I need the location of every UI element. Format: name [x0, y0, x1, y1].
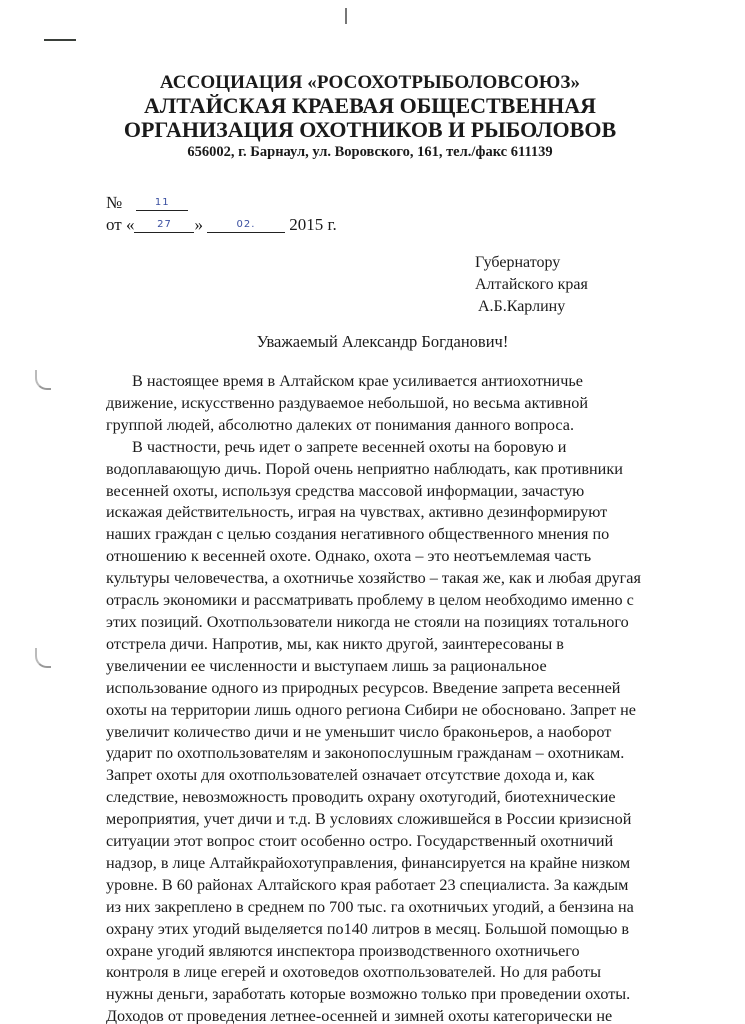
letter-body: В настоящее время в Алтайском крае усили…	[106, 371, 726, 1024]
body-line: наших граждан с целью создания негативно…	[106, 524, 726, 546]
body-line: контроля в лице егерей и охотоведов охот…	[106, 962, 726, 984]
body-line: надзор, в лице Алтайкрайохотуправления, …	[106, 853, 726, 875]
body-line: уровне. В 60 районах Алтайского края раб…	[106, 875, 726, 897]
scan-tick-mark	[345, 8, 347, 24]
body-line: Доходов от проведения летнее-осенней и з…	[106, 1006, 726, 1024]
body-line: культуры человечества, а охотничье хозяй…	[106, 568, 726, 590]
body-line: использование одного из природных ресурс…	[106, 678, 726, 700]
scan-dash-mark	[44, 39, 76, 41]
registration-block: №11 от «27»02. 2015 г.	[106, 192, 337, 236]
punch-hole-icon	[35, 648, 51, 668]
letterhead: АССОЦИАЦИЯ «РОСОХОТРЫБОЛОВСОЮЗ» АЛТАЙСКА…	[120, 72, 620, 162]
body-line: Запрет охоты для охотпользователей означ…	[106, 765, 726, 787]
body-line: В частности, речь идет о запрете весенне…	[106, 437, 726, 459]
scanned-letter-page: АССОЦИАЦИЯ «РОСОХОТРЫБОЛОВСОЮЗ» АЛТАЙСКА…	[0, 0, 745, 1024]
body-line: весенней охоты, используя средства массо…	[106, 481, 726, 503]
organization-name-line2: ОРГАНИЗАЦИЯ ОХОТНИКОВ И РЫБОЛОВОВ	[120, 118, 620, 142]
date-month-field: 02.	[207, 214, 285, 233]
body-line: мероприятия, учет дичи и т.д. В условиях…	[106, 809, 726, 831]
registration-number-row: №11	[106, 192, 337, 214]
association-name: АССОЦИАЦИЯ «РОСОХОТРЫБОЛОВСОЮЗ»	[120, 72, 620, 94]
addressee-block: Губернатору Алтайского края А.Б.Карлину	[475, 252, 588, 318]
body-line: водоплавающую дичь. Порой очень неприятн…	[106, 459, 726, 481]
organization-name-line1: АЛТАЙСКАЯ КРАЕВАЯ ОБЩЕСТВЕННАЯ	[120, 94, 620, 118]
addressee-name: А.Б.Карлину	[475, 296, 588, 318]
body-line: увеличении ее численности и выступаем ли…	[106, 656, 726, 678]
body-line: охране угодий являются инспектора произв…	[106, 941, 726, 963]
salutation: Уважаемый Александр Богданович!	[0, 332, 745, 352]
addressee-region: Алтайского края	[475, 274, 588, 296]
body-line: охрану этих угодий выделяется по140 литр…	[106, 919, 726, 941]
handwritten-number: 11	[155, 197, 170, 208]
body-line: искажая действительность, играя на чувст…	[106, 502, 726, 524]
body-line: ударит по охотпользователям и законопосл…	[106, 743, 726, 765]
body-line: В настоящее время в Алтайском крае усили…	[106, 371, 726, 393]
body-line: охоты на территории лишь одного региона …	[106, 700, 726, 722]
body-line: движение, искусственно раздуваемое небол…	[106, 393, 726, 415]
body-line: следствие, невозможность проводить охран…	[106, 787, 726, 809]
date-day-field: 27	[134, 214, 194, 233]
punch-hole-icon	[35, 370, 51, 390]
body-line: увеличит количество дичи и не уменьшит ч…	[106, 722, 726, 744]
organization-address: 656002, г. Барнаул, ул. Воровского, 161,…	[120, 142, 620, 162]
body-line: из них закреплено в среднем по 700 тыс. …	[106, 897, 726, 919]
addressee-title: Губернатору	[475, 252, 588, 274]
handwritten-day: 27	[157, 219, 172, 230]
body-line: группой людей, абсолютно далеких от пони…	[106, 415, 726, 437]
handwritten-month: 02.	[237, 219, 256, 230]
body-line: нужны деньги, заработать которые возможн…	[106, 984, 726, 1006]
date-quote-close: »	[194, 215, 203, 234]
body-line: этих позиций. Охотпользователи никогда н…	[106, 612, 726, 634]
registration-date-row: от «27»02. 2015 г.	[106, 214, 337, 236]
body-line: ситуации этот вопрос стоит особенно остр…	[106, 831, 726, 853]
date-year: 2015 г.	[289, 215, 337, 234]
body-line: отстрела дичи. Напротив, мы, как никто д…	[106, 634, 726, 656]
number-field: 11	[136, 192, 188, 211]
date-prefix: от «	[106, 215, 134, 234]
body-line: отношению к весенней охоте. Однако, охот…	[106, 546, 726, 568]
number-label: №	[106, 193, 122, 212]
body-line: отрасль экономики и рассматривать пробле…	[106, 590, 726, 612]
